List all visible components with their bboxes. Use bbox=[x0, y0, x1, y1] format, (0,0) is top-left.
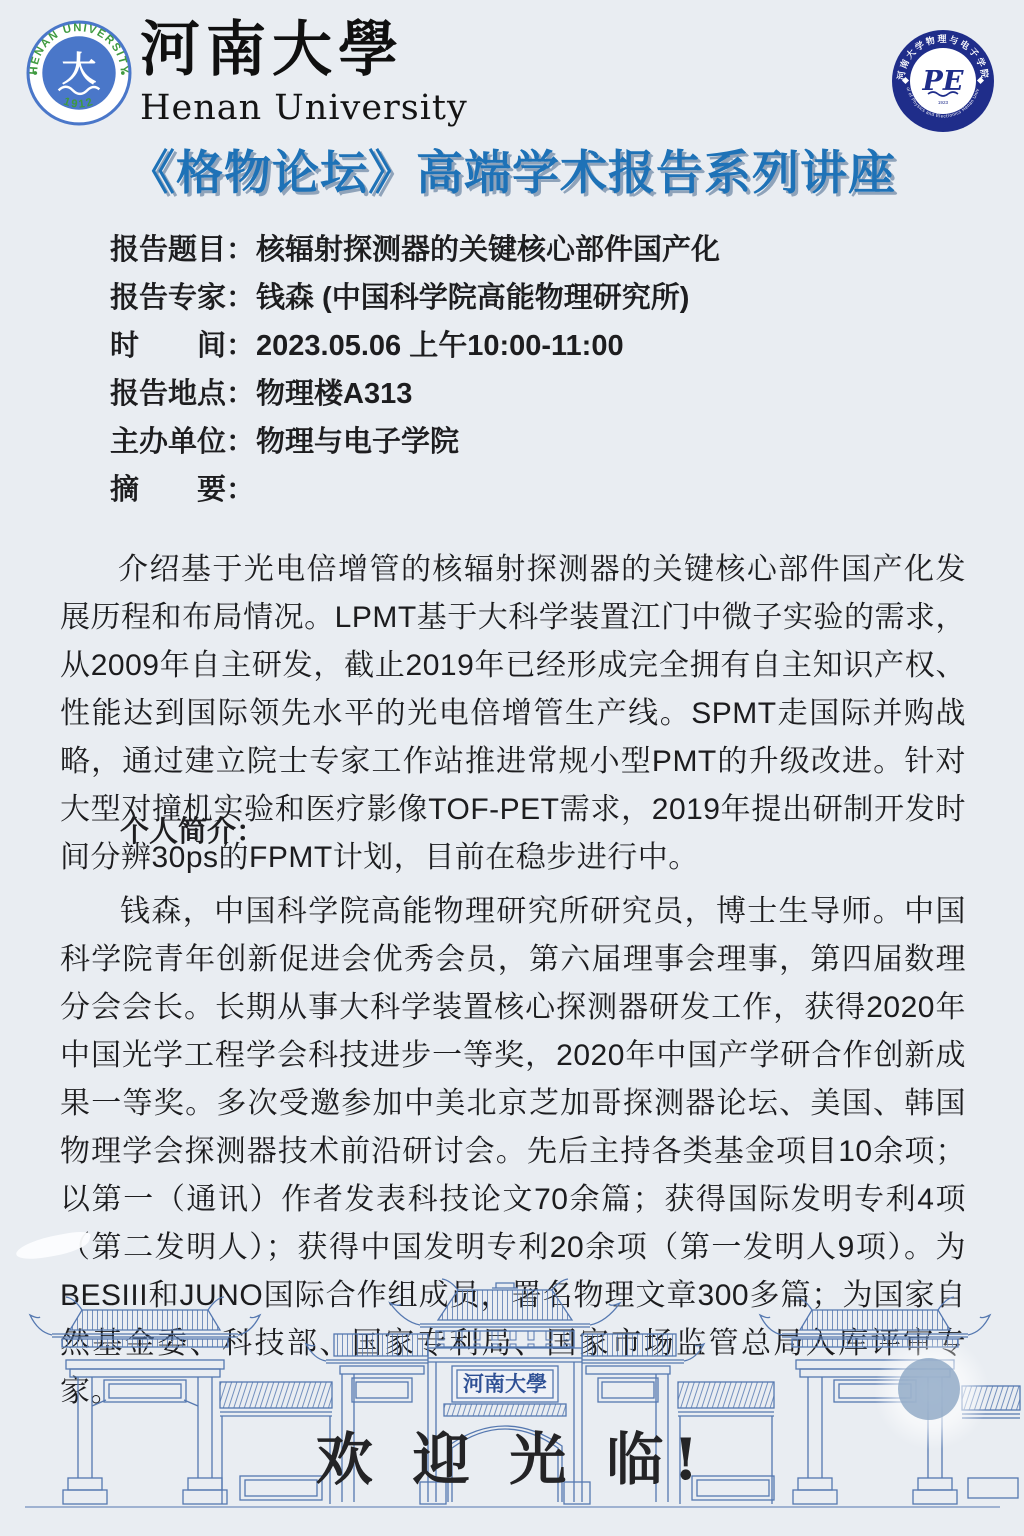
info-label: 报告地点： bbox=[110, 370, 256, 418]
info-value: 物理楼A313 bbox=[256, 370, 412, 418]
university-gate-line-art: 河南大學 bbox=[0, 1278, 1024, 1536]
college-seal-year: 1923 bbox=[938, 100, 949, 105]
info-value: 物理与电子学院 bbox=[256, 418, 459, 466]
info-row-time: 时 间： 2023.05.06 上午10:00-11:00 bbox=[110, 322, 720, 370]
info-value: 核辐射探测器的关键核心部件国产化 bbox=[256, 226, 720, 274]
bubble-core bbox=[898, 1358, 960, 1420]
info-label: 时 间： bbox=[110, 322, 256, 370]
henan-university-seal-icon: HENAN UNIVERSITY 1912 大 bbox=[26, 20, 132, 126]
info-row-location: 报告地点： 物理楼A313 bbox=[110, 370, 720, 418]
gate-plaque-text: 河南大學 bbox=[463, 1371, 547, 1396]
info-row-organizer: 主办单位： 物理与电子学院 bbox=[110, 418, 720, 466]
seal-glyph: 大 bbox=[62, 49, 97, 90]
info-row-speaker: 报告专家： 钱森 (中国科学院高能物理研究所) bbox=[110, 274, 720, 322]
bubble-decoration bbox=[872, 1332, 992, 1452]
physics-college-seal-icon: 河南大学物理与电子学院 School of Physics and Electr… bbox=[890, 28, 996, 134]
info-label: 摘 要： bbox=[110, 466, 256, 514]
university-name-en: Henan University bbox=[140, 88, 468, 128]
info-label: 主办单位： bbox=[110, 418, 256, 466]
college-seal-glyph: PE bbox=[922, 66, 964, 97]
university-name-zh: 河南大學 bbox=[140, 14, 468, 86]
info-label: 报告题目： bbox=[110, 226, 256, 274]
info-value: 钱森 (中国科学院高能物理研究所) bbox=[256, 274, 689, 322]
info-row-topic: 报告题目： 核辐射探测器的关键核心部件国产化 bbox=[110, 226, 720, 274]
info-value: 2023.05.06 上午10:00-11:00 bbox=[256, 322, 624, 370]
university-wordmark: 河南大學 Henan University bbox=[140, 14, 468, 128]
lecture-info-list: 报告题目： 核辐射探测器的关键核心部件国产化 报告专家： 钱森 (中国科学院高能… bbox=[110, 226, 720, 514]
info-row-abstract-label: 摘 要： bbox=[110, 466, 720, 514]
info-label: 报告专家： bbox=[110, 274, 256, 322]
bio-heading: 个人简介： bbox=[120, 812, 265, 852]
poster-title: 《格物论坛》高端学术报告系列讲座 bbox=[0, 136, 1024, 203]
lecture-poster: HENAN UNIVERSITY 1912 大 河南大學 Henan Unive… bbox=[0, 0, 1024, 1536]
